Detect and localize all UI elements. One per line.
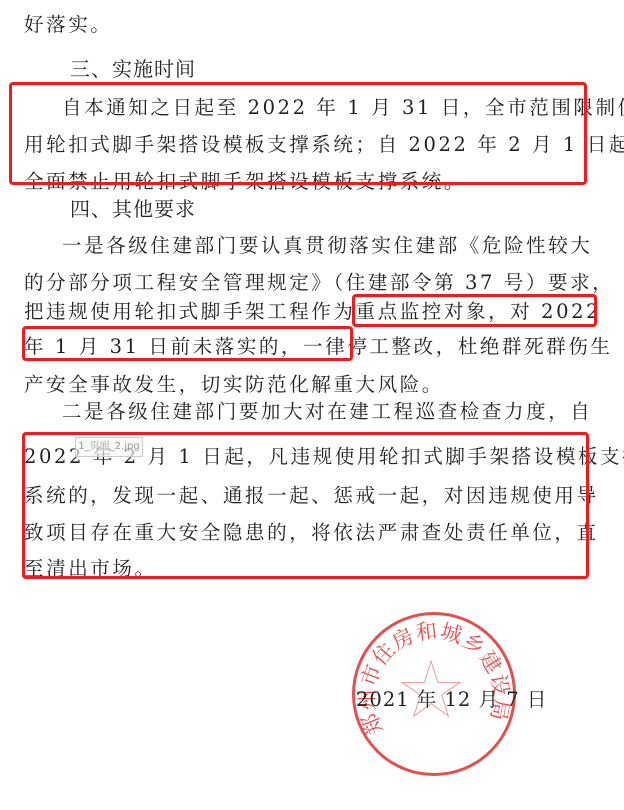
- text-line-7: 的分部分项工程安全管理规定》（住建部令第 37 号）要求，: [24, 270, 614, 296]
- text-line-11: 二是各级住建部门要加大对在建工程巡查检查力度，自: [62, 399, 592, 425]
- issue-date: 2021 年 12 月 7 日: [356, 684, 547, 712]
- text-line-6: 一是各级住建部门要认真贯彻落实住建部《危险性较大: [62, 233, 592, 259]
- implementation-time-box: [9, 82, 587, 185]
- section-heading-implementation-time: 三、实施时间: [70, 56, 196, 82]
- section-heading-other-requirements: 四、其他要求: [70, 196, 196, 222]
- stop-work-box: [22, 326, 353, 361]
- seal-text: 郑州市住房和城乡建设局: [355, 618, 513, 739]
- key-monitoring-box: [352, 294, 597, 327]
- svg-text:郑州市住房和城乡建设局: 郑州市住房和城乡建设局: [355, 618, 513, 739]
- text-line-0: 好落实。: [24, 12, 112, 38]
- image-filename-tooltip: 1_页面_2.jpg: [75, 437, 143, 457]
- text-line-10: 产安全事故发生，切实防范化解重大风险。: [24, 372, 444, 398]
